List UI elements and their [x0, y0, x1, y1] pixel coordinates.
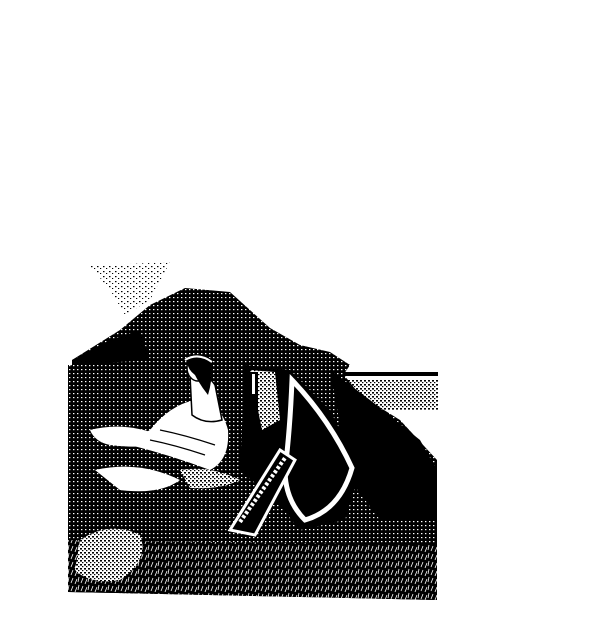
halftone-illustration	[0, 0, 593, 630]
